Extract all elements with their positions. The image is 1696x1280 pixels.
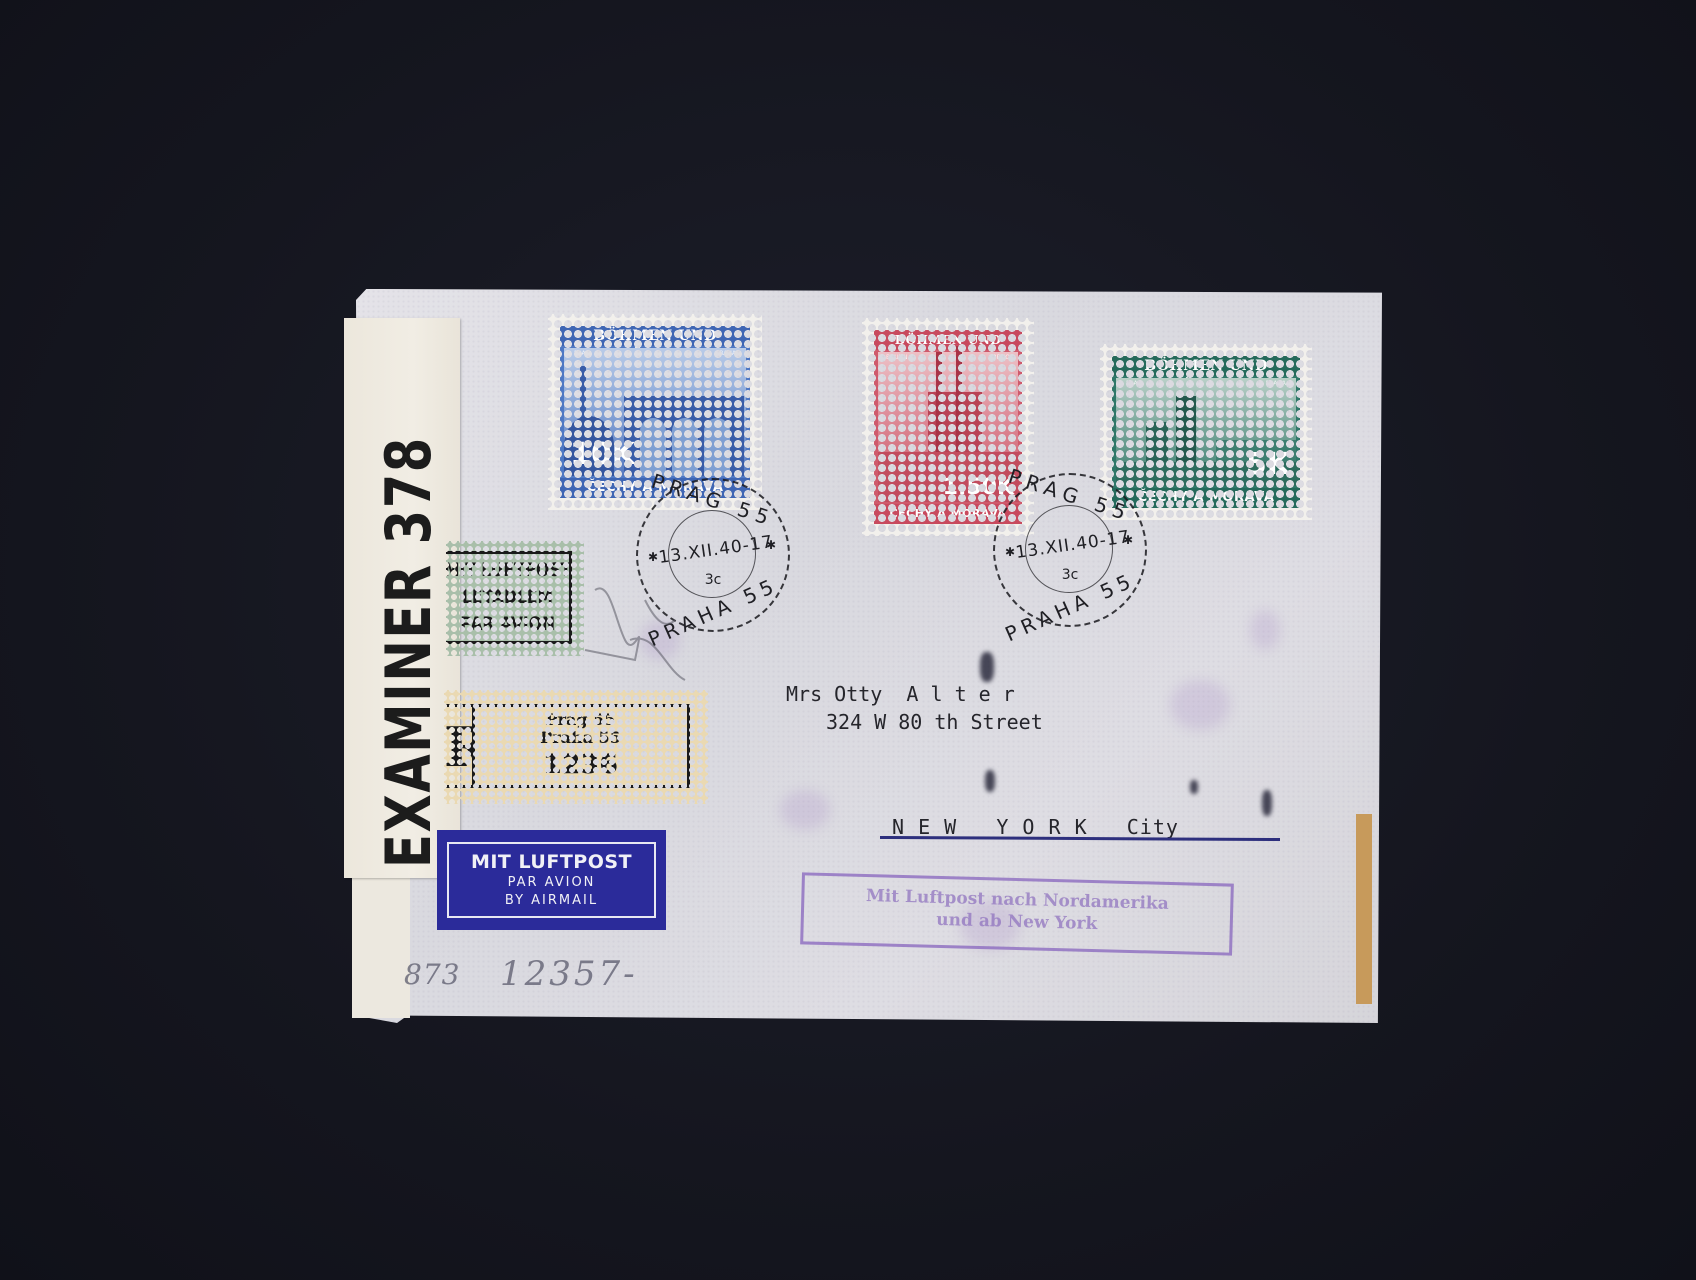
- censor-tape: EXAMINER 378: [344, 318, 460, 878]
- ink-smudge: [780, 790, 830, 830]
- stamp-place-label: PRAHA: [1266, 380, 1286, 387]
- censor-tape-lower: [352, 878, 410, 1018]
- pencil-number: 12357-: [500, 954, 638, 994]
- stamp-place-label: PRAG: [574, 350, 590, 357]
- stamp-denomination: 5K: [1246, 447, 1290, 482]
- recipient-name: Mrs Otty A l t e r: [786, 682, 1015, 706]
- registration-label: R Prag 55 Praha 55 1236: [444, 690, 708, 804]
- ink-smudge: [1250, 610, 1280, 650]
- label-line: MIT LUFTPOST: [471, 850, 632, 874]
- label-line: MIT LUFTPOST: [444, 557, 571, 584]
- ink-blot: [980, 652, 994, 682]
- postmark-prag-55: PRAG 55 ✱ ✱ 13.XII.40-17 3c PRAHA 55: [993, 473, 1147, 627]
- arch: [704, 418, 730, 476]
- stamp-place-label: PRAHA: [716, 350, 736, 357]
- label-line: LETADLEM: [462, 584, 553, 611]
- label-line: PAR AVION: [460, 611, 555, 638]
- stamp-top-inscription: BÖHMEN UND MÄHREN: [560, 326, 750, 346]
- ink-blot: [1262, 790, 1272, 816]
- stamp-top-inscription: BÖHMEN UND MÄHREN: [1112, 356, 1300, 376]
- registration-r-mark: R: [444, 707, 475, 785]
- star-icon: ✱: [648, 550, 658, 564]
- ink-smudge: [1170, 680, 1230, 730]
- stamp-vignette: PRAG PRAHA 10K: [564, 348, 746, 476]
- stamp-place-label: BRÜNN: [886, 354, 908, 361]
- airmail-label-blue: MIT LUFTPOST PAR AVION BY AIRMAIL: [437, 830, 666, 930]
- ink-blot: [985, 770, 995, 792]
- label-line: PAR AVION: [508, 874, 596, 892]
- ink-blot: [1190, 780, 1198, 794]
- stamp-place-label: BRNO: [993, 354, 1011, 361]
- pencil-reference: 873: [404, 958, 460, 991]
- registration-office-cz: Praha 55: [474, 729, 687, 747]
- recipient-street: 324 W 80 th Street: [826, 710, 1043, 734]
- pencil-signature: [575, 580, 705, 690]
- stamp-top-inscription: BÖHMEN UND MÄHREN: [874, 330, 1022, 350]
- stamp-place-label: PRAG: [1126, 380, 1142, 387]
- routing-handstamp: Mit Luftpost nach Nordamerika und ab New…: [800, 872, 1234, 955]
- arch: [672, 418, 698, 476]
- stamp-denomination: 10K: [570, 437, 635, 472]
- stamp-5k-green: BÖHMEN UND MÄHREN PRAG PRAHA 5K ČECHY A …: [1100, 344, 1312, 520]
- resealing-tape: [1356, 814, 1372, 1004]
- registration-office-de: Prag 55: [474, 711, 687, 729]
- label-line: BY AIRMAIL: [505, 892, 598, 910]
- star-icon: ✱: [1005, 545, 1015, 559]
- censor-examiner-text: EXAMINER 378: [379, 328, 439, 868]
- stamp-vignette: PRAG PRAHA 5K: [1116, 378, 1296, 486]
- airmail-label-green: MIT LUFTPOST LETADLEM PAR AVION: [446, 541, 584, 656]
- registration-number: 1236: [474, 749, 687, 781]
